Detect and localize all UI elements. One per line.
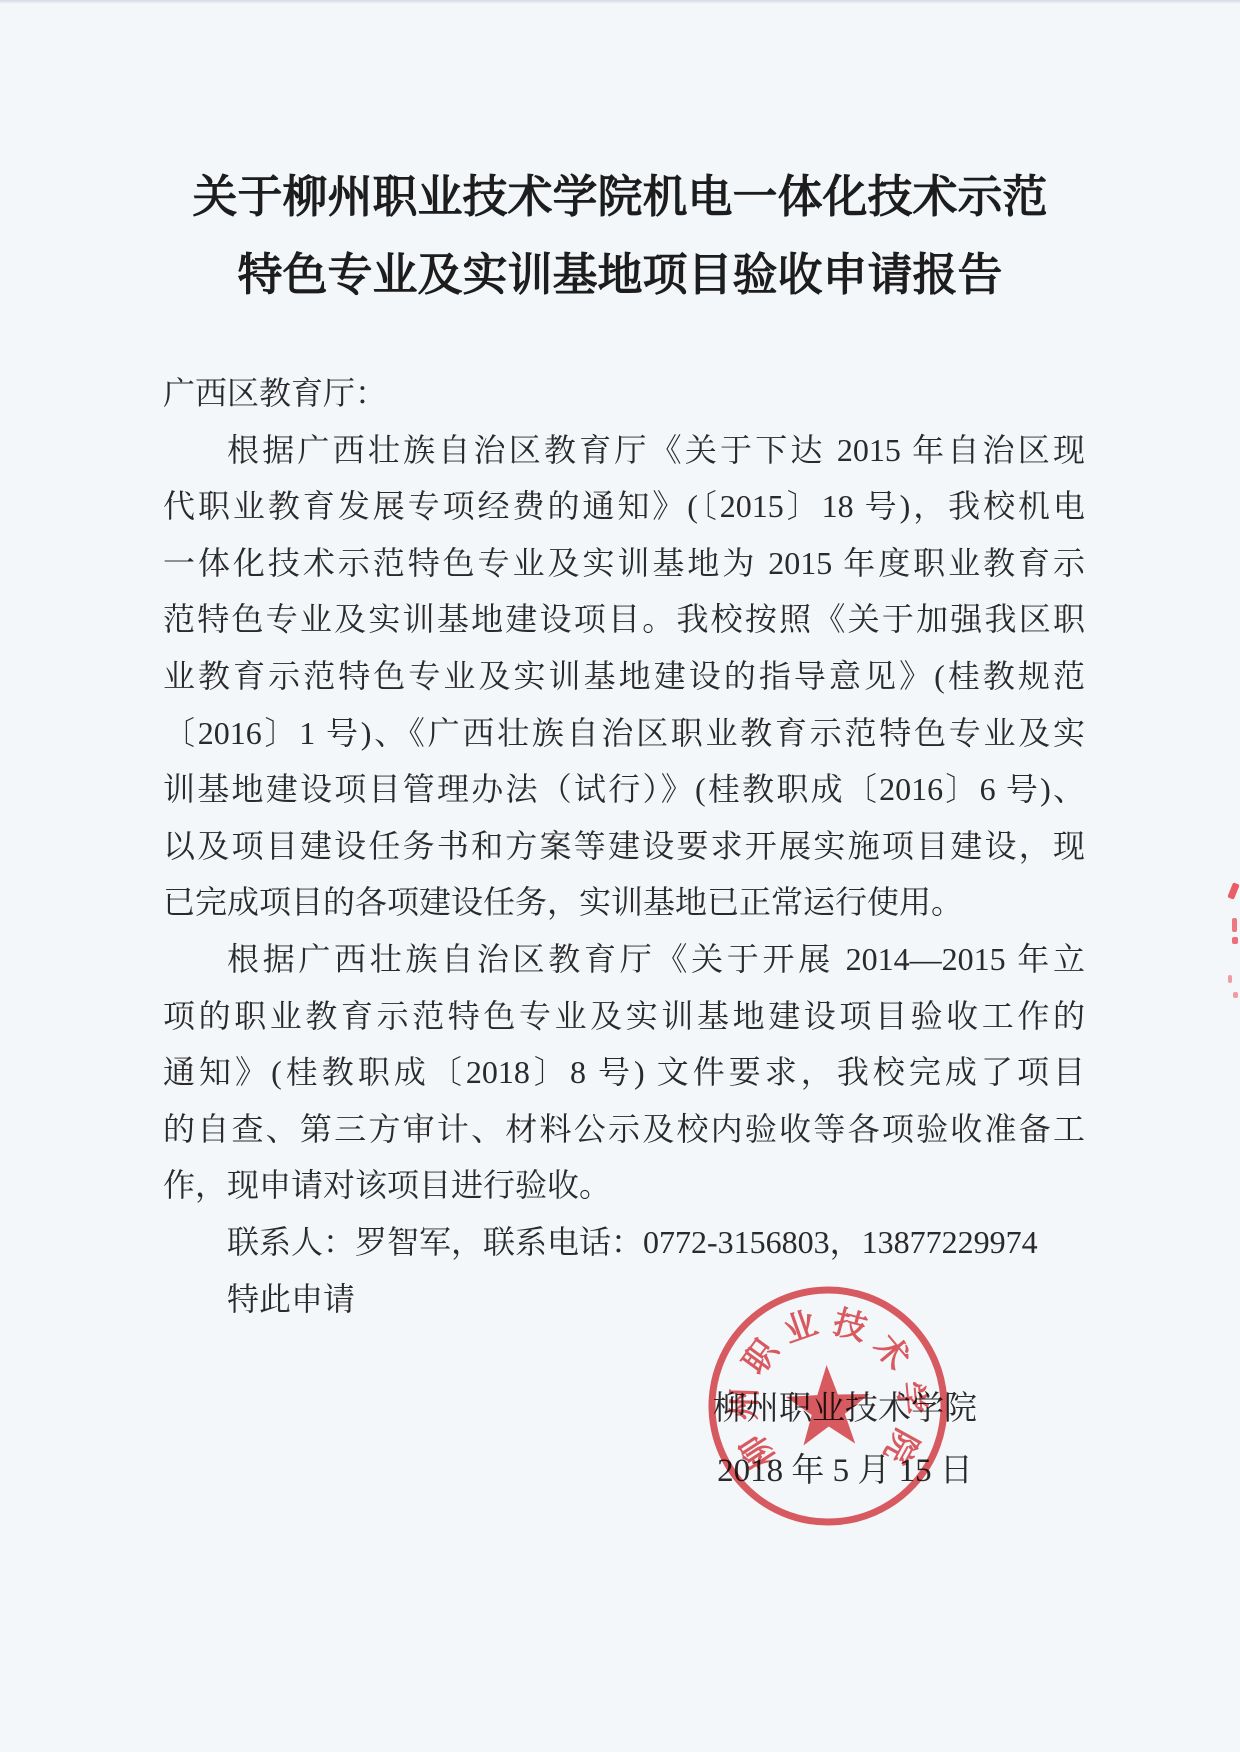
document-title: 关于柳州职业技术学院机电一体化技术示范 特色专业及实训基地项目验收申请报告 bbox=[0, 158, 1240, 314]
body-line: 已完成项目的各项建设任务，实训基地已正常运行使用。 bbox=[163, 874, 1085, 931]
body-line: 作，现申请对该项目进行验收。 bbox=[163, 1157, 1085, 1214]
ink-mark bbox=[1232, 918, 1237, 932]
ink-mark bbox=[1232, 937, 1238, 944]
svg-text:学: 学 bbox=[891, 1380, 933, 1417]
body-line: 范特色专业及实训基地建设项目。我校按照《关于加强我区职 bbox=[163, 591, 1085, 648]
body-line: 代职业教育发展专项经费的通知》(〔2015〕18 号)，我校机电 bbox=[163, 478, 1085, 535]
svg-text:柳: 柳 bbox=[732, 1427, 783, 1476]
body-line: 业教育示范特色专业及实训基地建设的指导意见》(桂教规范 bbox=[163, 648, 1085, 705]
scan-edge-shadow bbox=[0, 0, 1240, 4]
scanned-document-page: 关于柳州职业技术学院机电一体化技术示范 特色专业及实训基地项目验收申请报告 广西… bbox=[0, 0, 1240, 1752]
body-line: 根据广西壮族自治区教育厅《关于下达 2015 年自治区现 bbox=[163, 422, 1085, 479]
contact-line: 联系人：罗智军，联系电话：0772-3156803，13877229974 bbox=[163, 1214, 1085, 1271]
body-line: 一体化技术示范特色专业及实训基地为 2015 年度职业教育示 bbox=[163, 535, 1085, 592]
title-line-2: 特色专业及实训基地项目验收申请报告 bbox=[0, 236, 1240, 314]
salutation: 广西区教育厅： bbox=[163, 365, 1085, 422]
ink-mark bbox=[1228, 975, 1232, 983]
body-line: 以及项目建设任务书和方案等建设要求开展实施项目建设，现 bbox=[163, 818, 1085, 875]
stamp-star-icon bbox=[785, 1364, 871, 1446]
body-line: 训基地建设项目管理办法（试行）》(桂教职成〔2016〕6 号)、 bbox=[163, 761, 1085, 818]
body-line: 通知》(桂教职成〔2018〕8 号) 文件要求，我校完成了项目 bbox=[163, 1044, 1085, 1101]
body-line: 根据广西壮族自治区教育厅《关于开展 2014—2015 年立 bbox=[163, 931, 1085, 988]
svg-text:州: 州 bbox=[724, 1387, 764, 1421]
ink-mark bbox=[1227, 882, 1239, 899]
ink-mark bbox=[1233, 992, 1238, 998]
svg-text:院: 院 bbox=[876, 1423, 926, 1471]
body-line: 〔2016〕1 号)、《广西壮族自治区职业教育示范特色专业及实 bbox=[163, 705, 1085, 762]
body-line: 项的职业教育示范特色专业及实训基地建设项目验收工作的 bbox=[163, 988, 1085, 1045]
svg-text:职: 职 bbox=[735, 1331, 787, 1381]
official-seal-stamp: 柳州职业技术学院 bbox=[700, 1278, 957, 1535]
svg-text:业: 业 bbox=[778, 1303, 822, 1351]
svg-text:技: 技 bbox=[829, 1302, 871, 1348]
title-line-1: 关于柳州职业技术学院机电一体化技术示范 bbox=[0, 158, 1240, 236]
svg-text:术: 术 bbox=[867, 1327, 918, 1377]
body-line: 的自查、第三方审计、材料公示及校内验收等各项验收准备工 bbox=[163, 1101, 1085, 1158]
document-body: 广西区教育厅： 根据广西壮族自治区教育厅《关于下达 2015 年自治区现 代职业… bbox=[163, 365, 1085, 1327]
